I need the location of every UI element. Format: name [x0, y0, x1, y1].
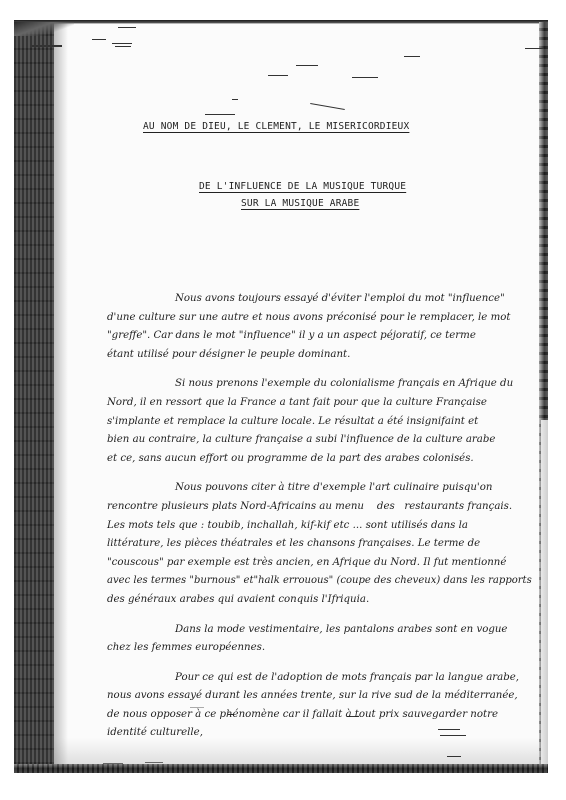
- title-line-1: DE L'INFLUENCE DE LA MUSIQUE TURQUE: [199, 181, 406, 192]
- scan-speck: [205, 114, 235, 115]
- scan-speck: [352, 77, 378, 78]
- scan-speck: [115, 46, 131, 47]
- text-line: Nous pouvons citer à titre d'exemple l'a…: [107, 479, 527, 498]
- text-line: des généraux arabes qui avaient conquis …: [107, 591, 527, 610]
- text-line: s'implante et remplace la culture locale…: [107, 413, 527, 432]
- bottom-page-edge: [14, 764, 548, 773]
- text-line: Nous avons toujours essayé d'éviter l'em…: [107, 290, 527, 309]
- scan-speck: [103, 763, 123, 764]
- top-page-edge: [14, 20, 548, 24]
- scan-speck: [145, 762, 163, 763]
- text-line: Les mots tels que : toubib, inchallah, k…: [107, 517, 527, 536]
- scan-speck: [92, 39, 106, 40]
- top-corner-shadow: [14, 22, 74, 36]
- paragraph-5: Pour ce qui est de l'adoption de mots fr…: [107, 669, 527, 743]
- text-line: avec les termes "burnous" et"halk errouo…: [107, 572, 520, 591]
- binding-shadow-fade: [54, 22, 68, 770]
- paragraph-1: Nous avons toujours essayé d'éviter l'em…: [107, 290, 527, 364]
- text-line: et ce, sans aucun effort ou programme de…: [107, 450, 527, 469]
- paragraph-4: Dans la mode vestimentaire, les pantalon…: [107, 621, 527, 658]
- scan-speck: [268, 75, 288, 76]
- text-line: bien au contraire, la culture française …: [107, 431, 527, 450]
- invocation-heading: AU NOM DE DIEU, LE CLEMENT, LE MISERICOR…: [143, 121, 409, 132]
- text-line: d'une culture sur une autre et nous avon…: [107, 309, 527, 328]
- text-line: de nous opposer à ce phénomène car il fa…: [107, 706, 527, 725]
- text-line: étant utilisé pour désigner le peuple do…: [107, 346, 527, 365]
- scan-speck: [118, 27, 136, 28]
- text-line: littérature, les pièces théatrales et le…: [107, 535, 527, 554]
- text-line: identité culturelle,: [107, 724, 527, 743]
- text-line: Pour ce qui est de l'adoption de mots fr…: [107, 669, 527, 688]
- scan-speck: [404, 56, 420, 57]
- right-page-edge-light: [541, 420, 548, 770]
- text-line: rencontre plusieurs plats Nord-Africains…: [107, 498, 527, 517]
- scan-speck: [232, 99, 238, 100]
- scan-speck: [296, 65, 318, 66]
- paragraph-2: Si nous prenons l'exemple du colonialism…: [107, 375, 527, 468]
- scan-speck: [32, 45, 62, 47]
- text-line: Si nous prenons l'exemple du colonialism…: [107, 375, 527, 394]
- paragraph-3: Nous pouvons citer à titre d'exemple l'a…: [107, 479, 527, 609]
- text-line: Nord, il en ressort que la France a tant…: [107, 394, 527, 413]
- text-line: Dans la mode vestimentaire, les pantalon…: [107, 621, 527, 640]
- text-line: "greffe". Car dans le mot "influence" il…: [107, 327, 527, 346]
- title-line-2: SUR LA MUSIQUE ARABE: [241, 198, 359, 209]
- scan-speck: [525, 48, 543, 49]
- scan-speck: [447, 756, 461, 757]
- text-line: nous avons essayé durant les années tren…: [107, 687, 527, 706]
- scan-speck: [112, 43, 132, 44]
- document-body: Nous avons toujours essayé d'éviter l'em…: [107, 290, 527, 754]
- binding-shadow: [14, 22, 54, 770]
- text-line: chez les femmes européennes.: [107, 639, 527, 658]
- text-line: "couscous" par exemple est très ancien, …: [107, 554, 527, 573]
